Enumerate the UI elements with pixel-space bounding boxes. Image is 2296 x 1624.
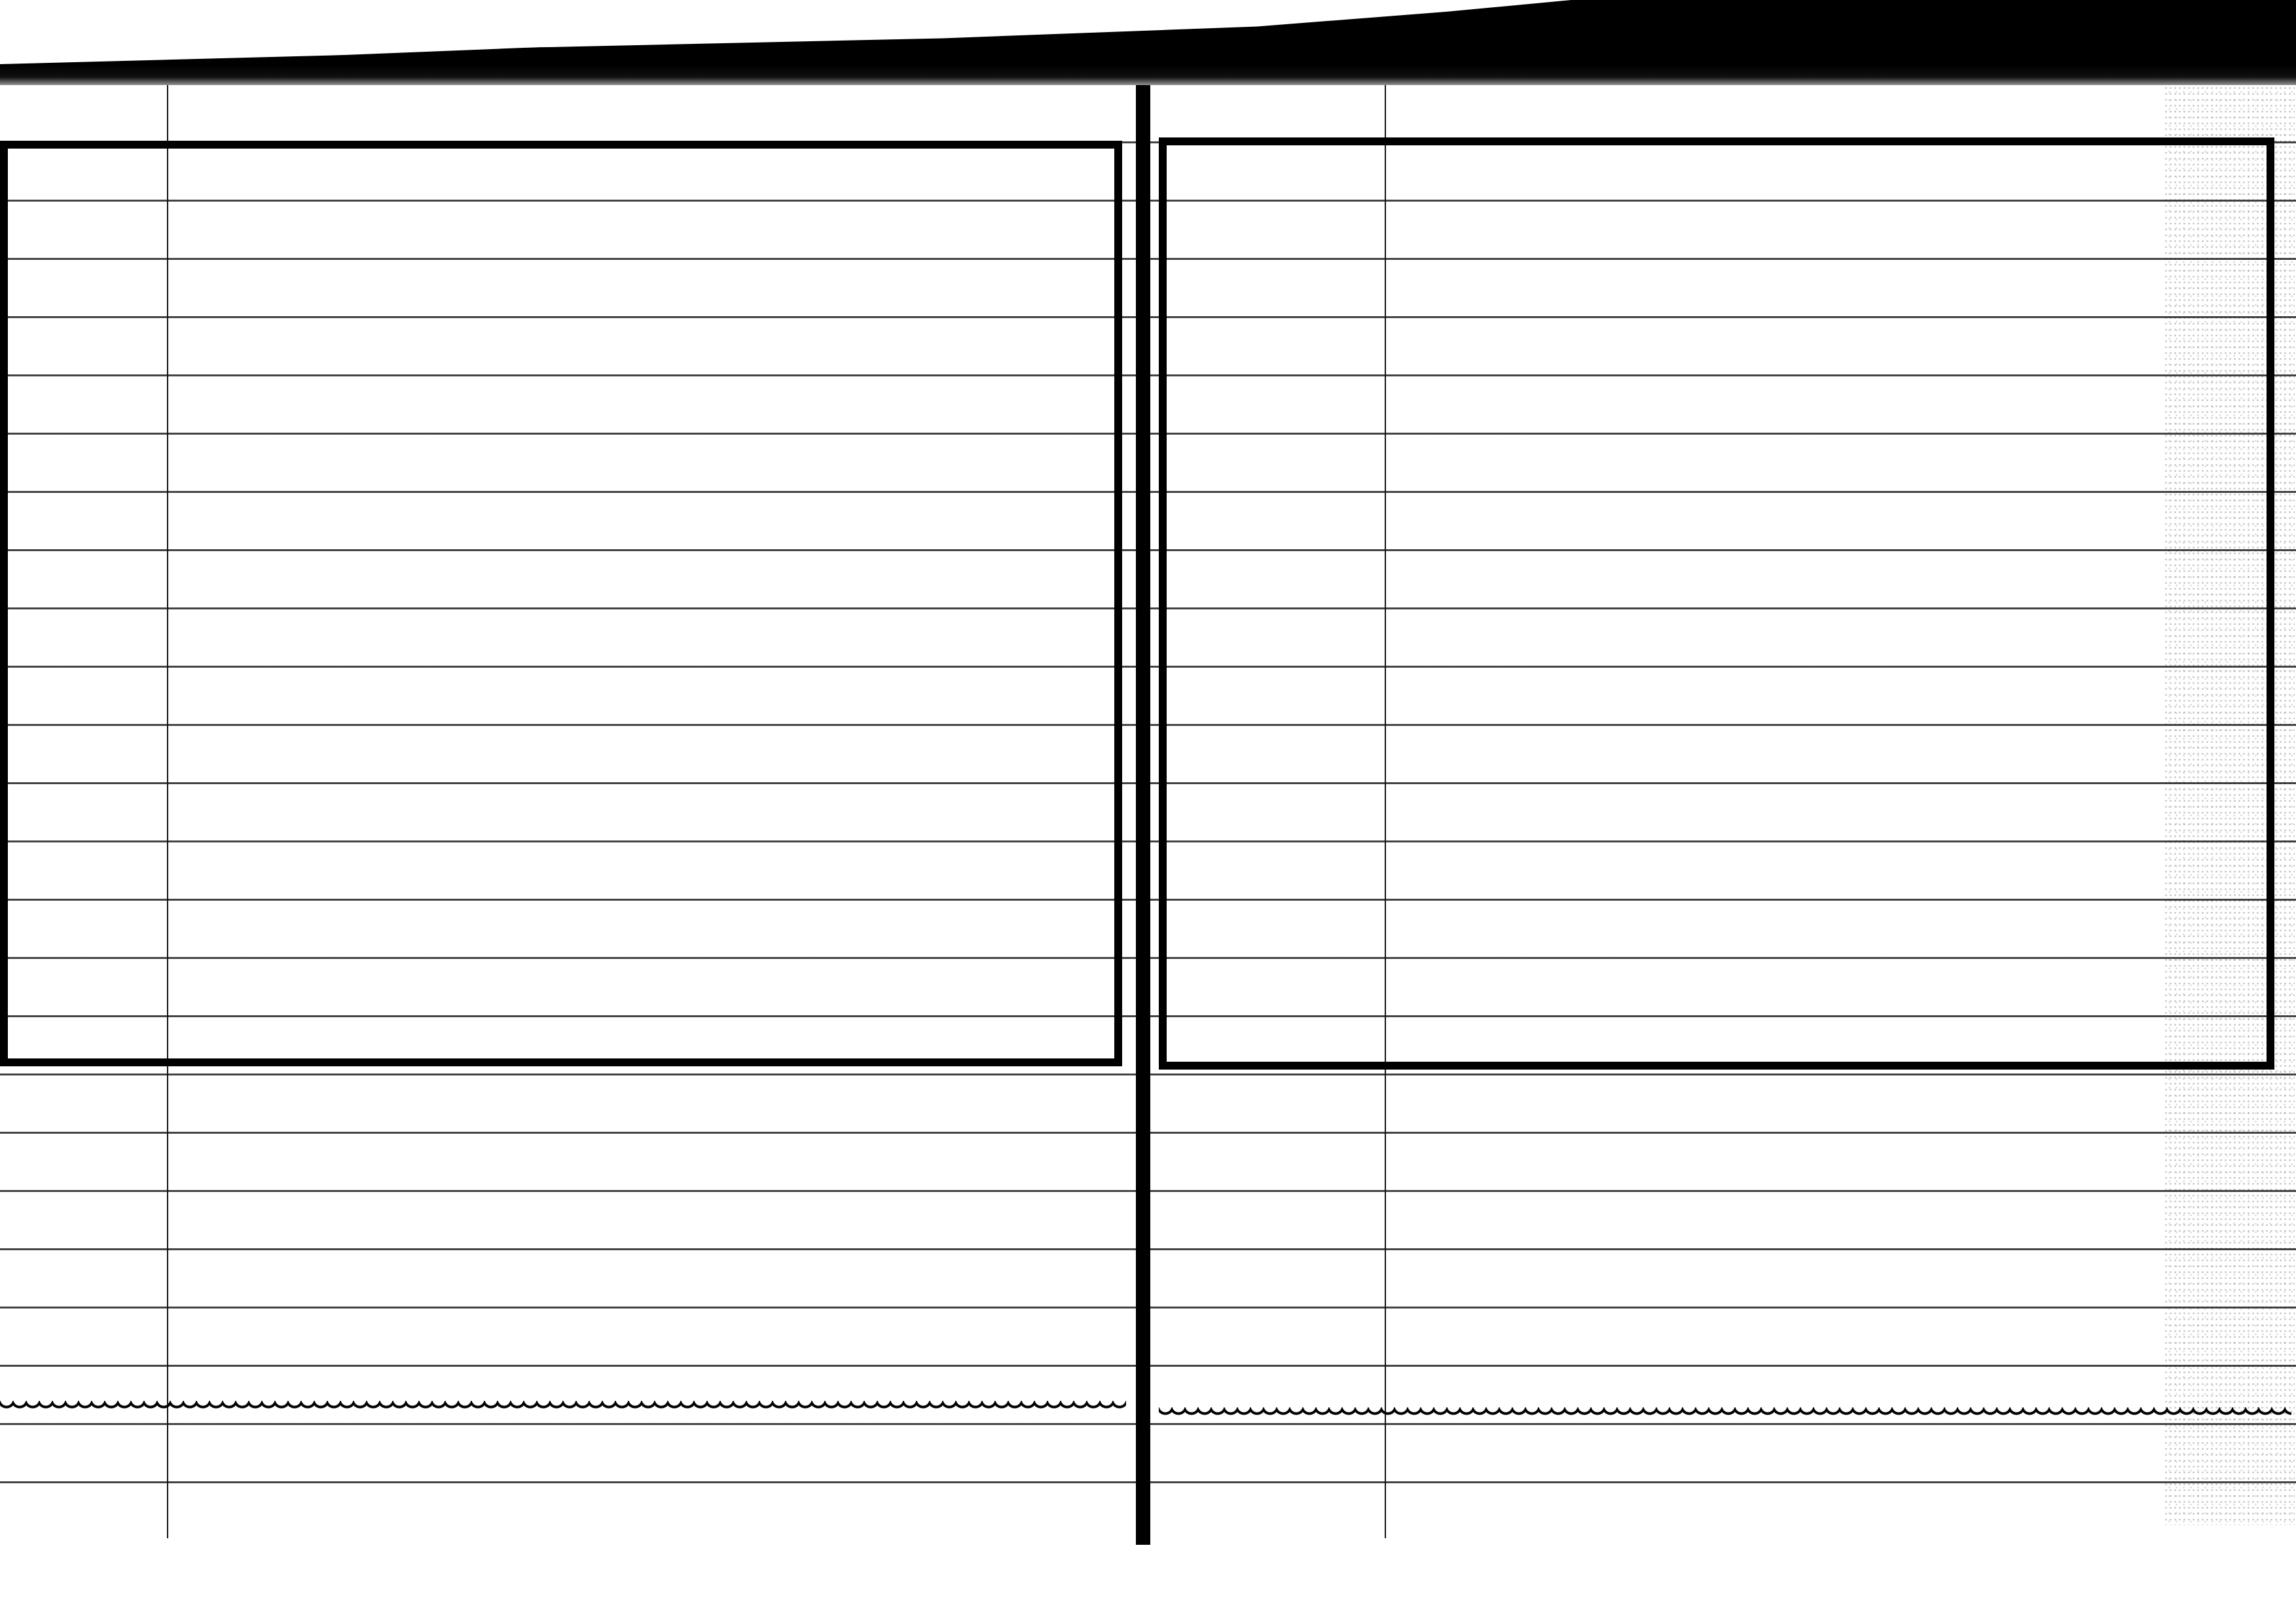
left-details bbox=[0, 1132, 1126, 1525]
book-spine bbox=[1136, 85, 1150, 1545]
right-details bbox=[1172, 1132, 2285, 1427]
wavy-underline bbox=[0, 1401, 1126, 1411]
rasi-chart bbox=[0, 141, 1122, 1066]
wavy-underline bbox=[1159, 1407, 2291, 1418]
amsam-chart bbox=[1159, 137, 2274, 1070]
